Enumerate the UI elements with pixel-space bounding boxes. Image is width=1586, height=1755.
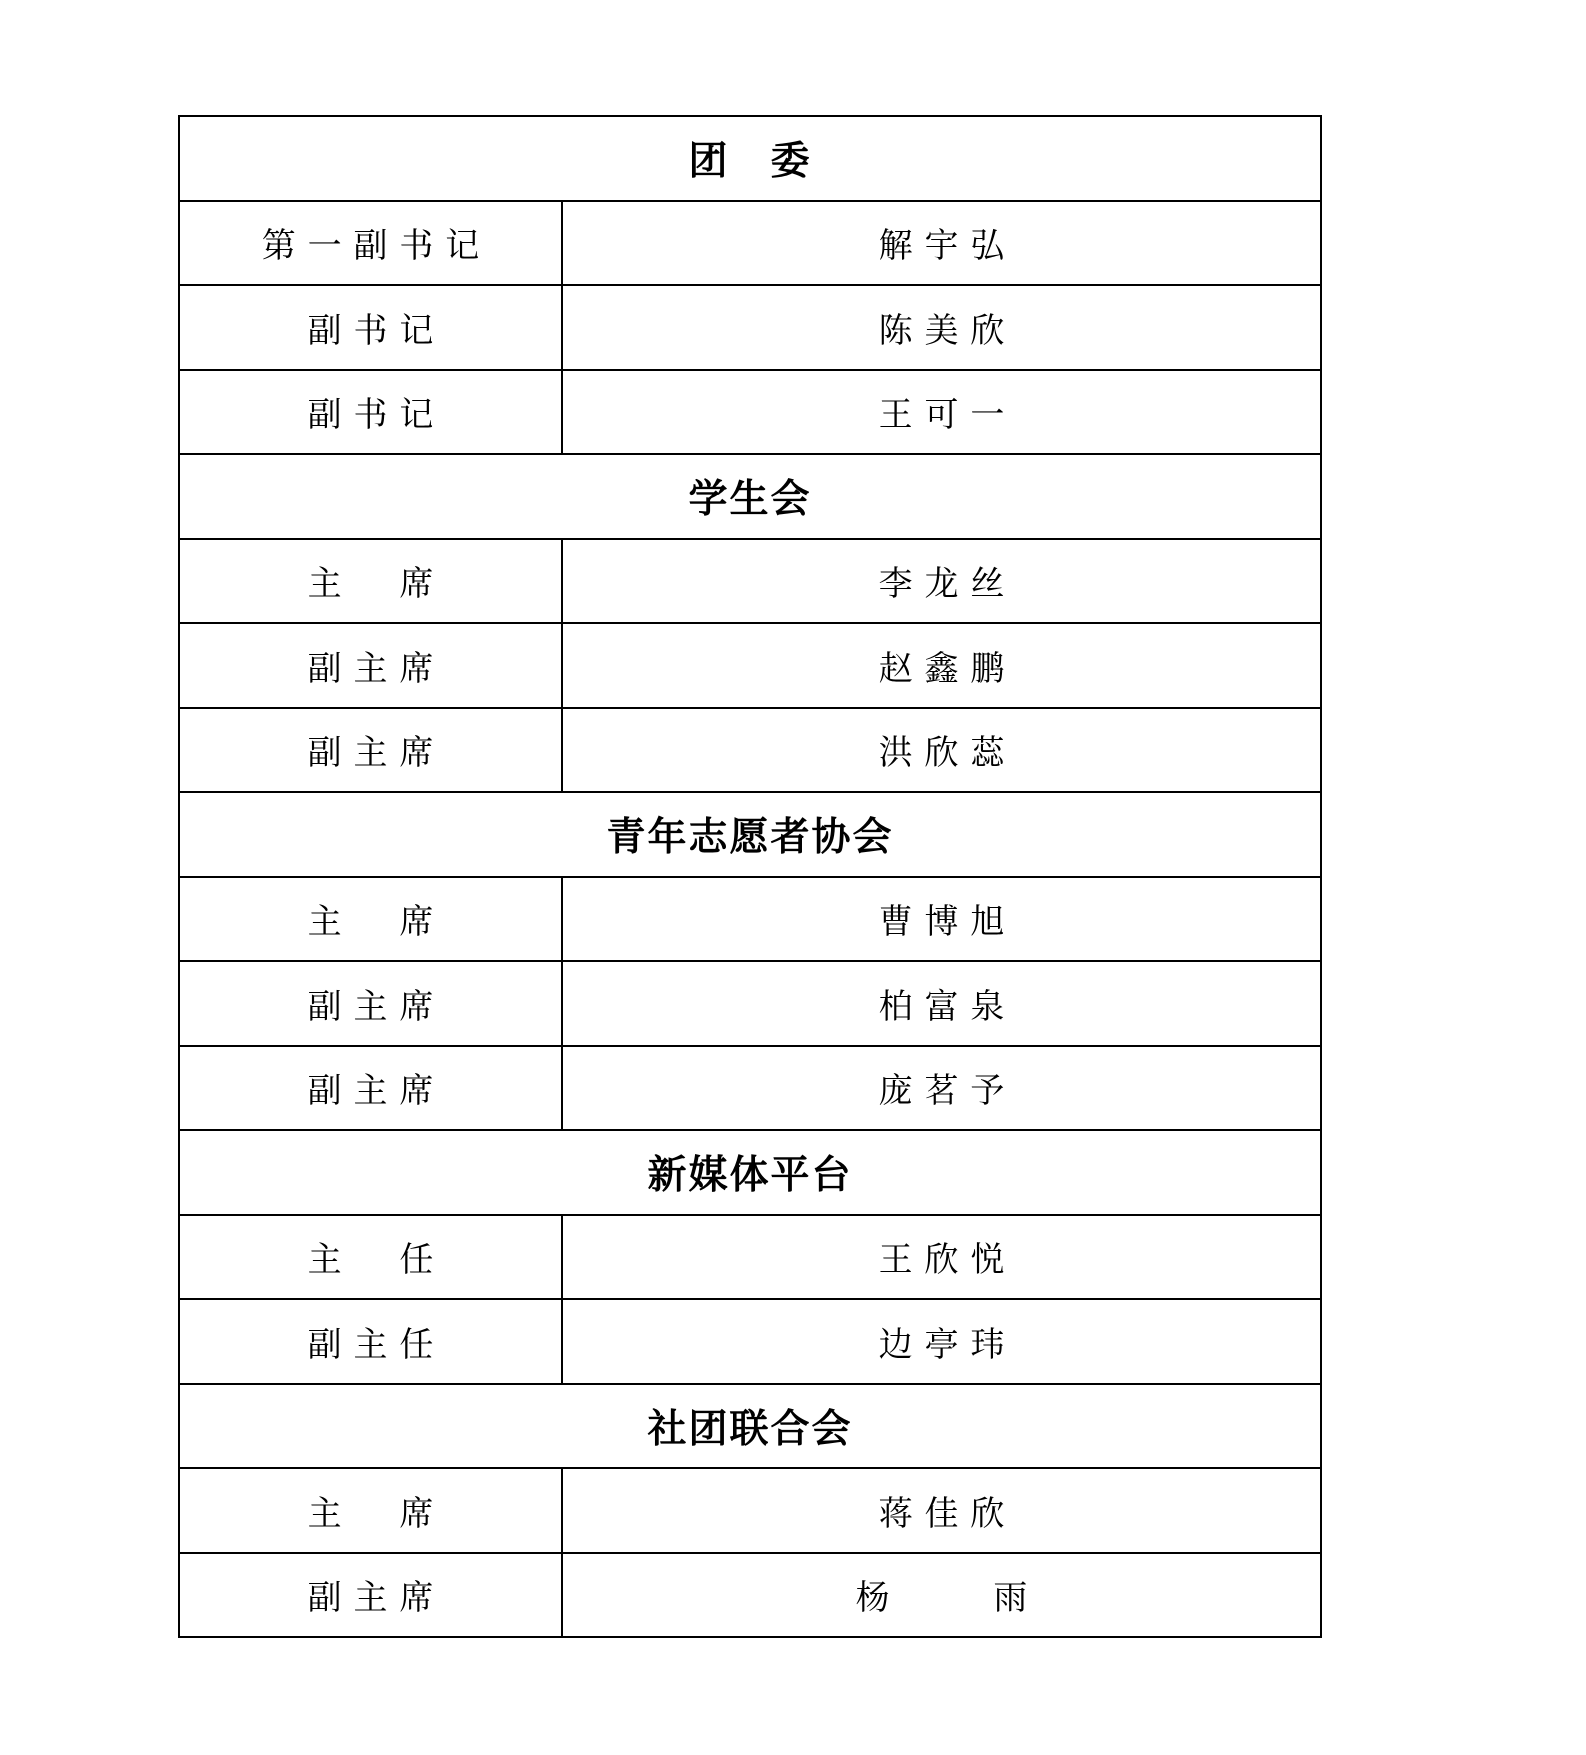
committee-roster-table: 团 委 第一副书记 解宇弘 副书记 陈美欣 副书记 王可一 学生会 主 席 李龙… (178, 115, 1322, 1638)
position-cell: 副主席 (180, 709, 563, 792)
name-cell: 解宇弘 (563, 202, 1320, 285)
table-row: 副主席 洪欣蕊 (180, 707, 1320, 792)
name-cell: 王欣悦 (563, 1216, 1320, 1299)
table-row: 副主席 庞茗予 (180, 1045, 1320, 1130)
position-cell: 主 任 (180, 1216, 563, 1299)
position-cell: 副书记 (180, 371, 563, 454)
document-page: 团 委 第一副书记 解宇弘 副书记 陈美欣 副书记 王可一 学生会 主 席 李龙… (0, 0, 1586, 1755)
name-cell: 杨 雨 (563, 1554, 1320, 1637)
name-cell: 曹博旭 (563, 878, 1320, 961)
table-row: 主 任 王欣悦 (180, 1214, 1320, 1299)
table-row: 副主任 边亭玮 (180, 1298, 1320, 1383)
table-row: 主 席 蒋佳欣 (180, 1467, 1320, 1552)
name-cell: 柏富泉 (563, 962, 1320, 1045)
position-cell: 第一副书记 (180, 202, 563, 285)
name-cell: 边亭玮 (563, 1300, 1320, 1383)
table-row: 副主席 柏富泉 (180, 960, 1320, 1045)
position-cell: 主 席 (180, 540, 563, 623)
section-title: 学生会 (688, 468, 811, 524)
section-header-row: 新媒体平台 (180, 1129, 1320, 1214)
section-title: 青年志愿者协会 (606, 806, 893, 862)
table-row: 副书记 陈美欣 (180, 284, 1320, 369)
position-cell: 副主席 (180, 962, 563, 1045)
name-cell: 赵鑫鹏 (563, 624, 1320, 707)
section-title: 社团联合会 (647, 1398, 852, 1454)
name-cell: 庞茗予 (563, 1047, 1320, 1130)
section-header-row: 社团联合会 (180, 1383, 1320, 1468)
position-cell: 副主任 (180, 1300, 563, 1383)
section-title: 团 委 (688, 130, 811, 186)
position-cell: 副书记 (180, 286, 563, 369)
section-title: 新媒体平台 (647, 1144, 852, 1200)
table-row: 主 席 李龙丝 (180, 538, 1320, 623)
name-cell: 蒋佳欣 (563, 1469, 1320, 1552)
position-cell: 主 席 (180, 1469, 563, 1552)
table-row: 主 席 曹博旭 (180, 876, 1320, 961)
name-cell: 洪欣蕊 (563, 709, 1320, 792)
name-cell: 王可一 (563, 371, 1320, 454)
table-row: 副书记 王可一 (180, 369, 1320, 454)
section-header-row: 青年志愿者协会 (180, 791, 1320, 876)
table-row: 副主席 赵鑫鹏 (180, 622, 1320, 707)
section-header-row: 学生会 (180, 453, 1320, 538)
position-cell: 副主席 (180, 1554, 563, 1637)
section-header-row: 团 委 (180, 117, 1320, 200)
table-row: 第一副书记 解宇弘 (180, 200, 1320, 285)
position-cell: 主 席 (180, 878, 563, 961)
table-row: 副主席 杨 雨 (180, 1552, 1320, 1637)
name-cell: 陈美欣 (563, 286, 1320, 369)
position-cell: 副主席 (180, 624, 563, 707)
name-cell: 李龙丝 (563, 540, 1320, 623)
position-cell: 副主席 (180, 1047, 563, 1130)
